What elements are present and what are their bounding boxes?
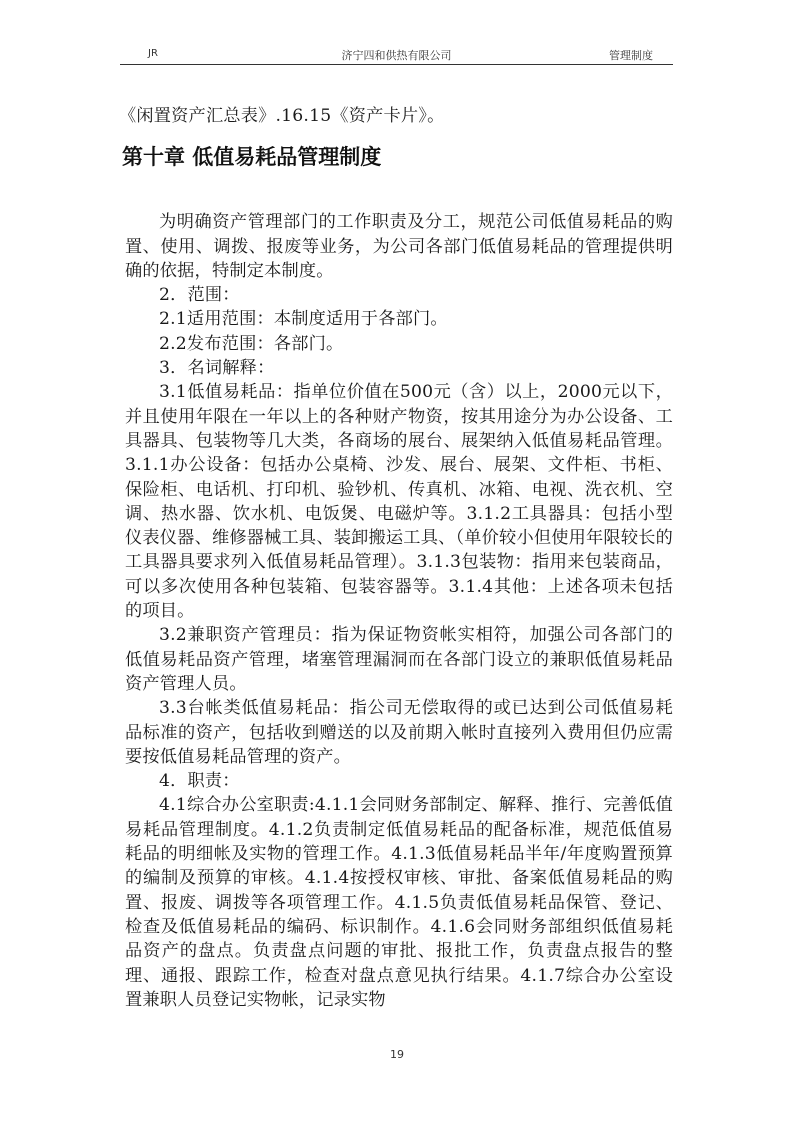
paragraph-definitions-heading: 3．名词解释： bbox=[125, 356, 673, 380]
carry-over-line: 《闲置资产汇总表》.16.15《资产卡片》。 bbox=[119, 104, 673, 128]
page-number: 19 bbox=[0, 1048, 794, 1061]
paragraph-purpose: 为明确资产管理部门的工作职责及分工，规范公司低值易耗品的购置、使用、调拨、报废等… bbox=[125, 210, 673, 283]
header-section-title: 管理制度 bbox=[609, 47, 653, 63]
paragraph-office-duties: 4.1综合办公室职责:4.1.1会同财务部制定、解释、推行、完善低值易耗品管理制… bbox=[125, 793, 673, 1012]
paragraph-definition-part-time-admin: 3.2兼职资产管理员：指为保证物资帐实相符，加强公司各部门的低值易耗品资产管理，… bbox=[125, 623, 673, 696]
paragraph-scope-release: 2.2发布范围：各部门。 bbox=[125, 332, 673, 356]
paragraph-definition-low-value: 3.1低值易耗品：指单位价值在500元（含）以上，2000元以下，并且使用年限在… bbox=[125, 380, 673, 623]
chapter-title: 第十章 低值易耗品管理制度 bbox=[122, 142, 673, 172]
paragraph-definition-ledger-items: 3.3台帐类低值易耗品：指公司无偿取得的或已达到公司低值易耗品标准的资产，包括收… bbox=[125, 696, 673, 769]
paragraph-duties-heading: 4．职责： bbox=[125, 769, 673, 793]
paragraph-scope-applicable: 2.1适用范围：本制度适用于各部门。 bbox=[125, 307, 673, 331]
paragraph-scope-heading: 2．范围： bbox=[125, 283, 673, 307]
page-header: JR 济宁四和供热有限公司 管理制度 bbox=[120, 44, 673, 65]
header-company-name: 济宁四和供热有限公司 bbox=[120, 47, 673, 63]
page-body: 《闲置资产汇总表》.16.15《资产卡片》。 第十章 低值易耗品管理制度 为明确… bbox=[125, 104, 673, 1012]
